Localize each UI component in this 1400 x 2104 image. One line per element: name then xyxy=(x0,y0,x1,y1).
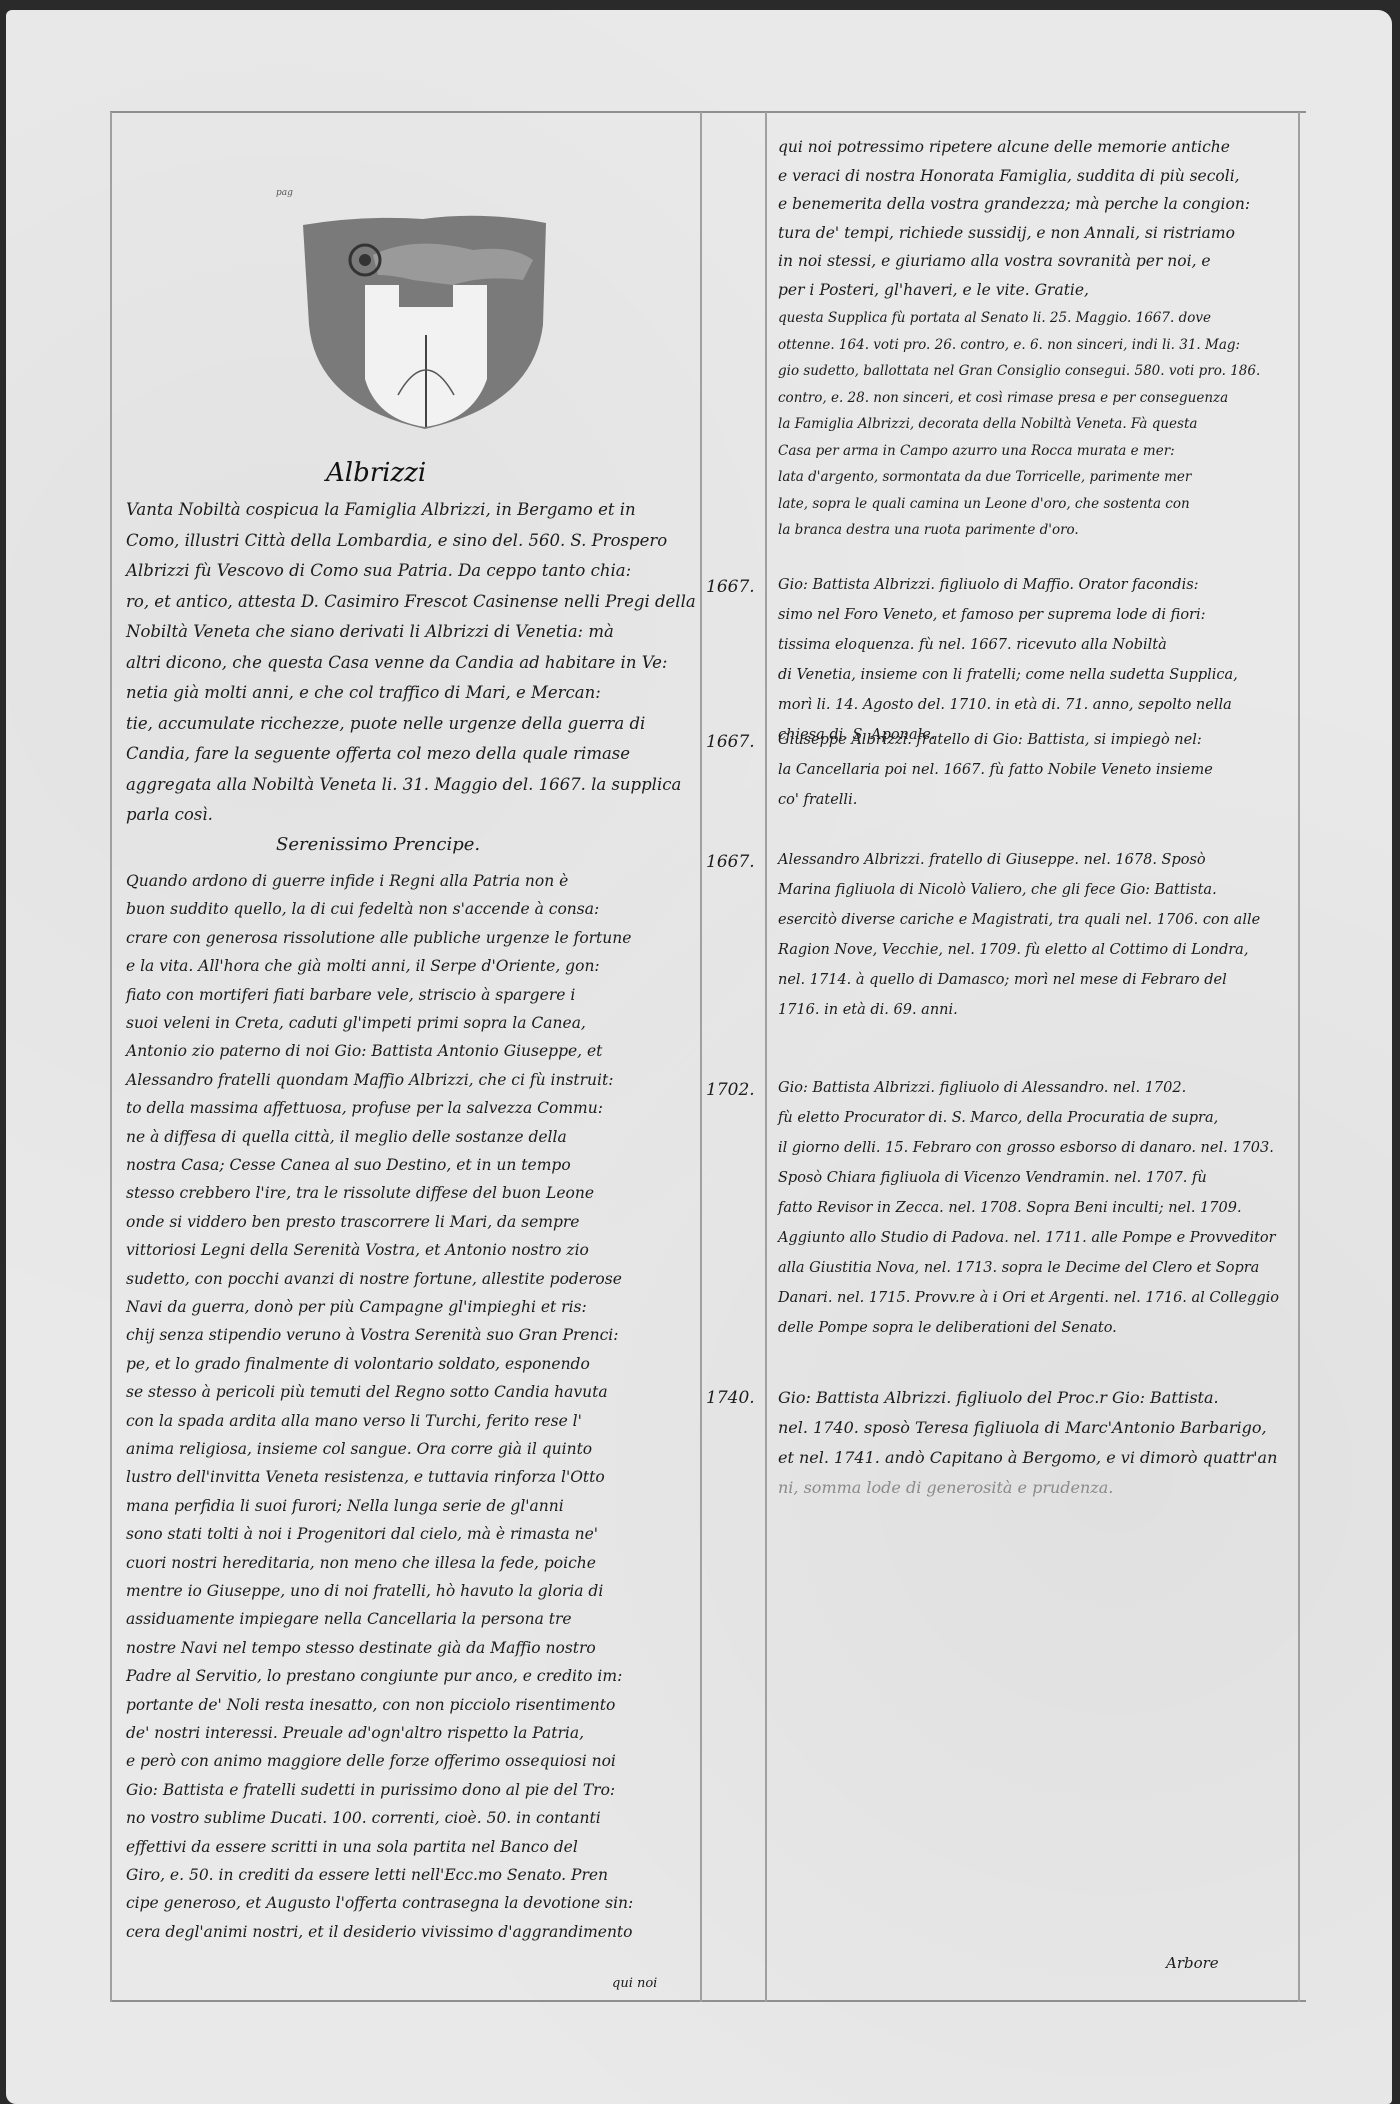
manuscript-line: cuori nostri hereditaria, non meno che i… xyxy=(126,1554,596,1572)
column-rule-right xyxy=(765,112,767,2002)
manuscript-page: pag Albrizzi Vanta Nobiltà cospicua la F… xyxy=(6,10,1392,2104)
manuscript-line: e veraci di nostra Honorata Famiglia, su… xyxy=(778,167,1240,185)
manuscript-line: sudetto, con pocchi avanzi di nostre for… xyxy=(126,1270,622,1288)
manuscript-line: gio sudetto, ballottata nel Gran Consigl… xyxy=(778,363,1260,379)
manuscript-line: stesso crebbero l'ire, tra le rissolute … xyxy=(126,1184,594,1202)
family-title: Albrizzi xyxy=(326,458,426,488)
column-rule-left xyxy=(700,112,702,2002)
entry-line: Alessandro Albrizzi. fratello di Giusepp… xyxy=(778,852,1206,868)
manuscript-line: late, sopra le quali camina un Leone d'o… xyxy=(778,496,1190,512)
entry-line: Gio: Battista Albrizzi. figliuolo del Pr… xyxy=(778,1388,1219,1407)
manuscript-line: e la vita. All'hora che già molti anni, … xyxy=(126,957,600,975)
manuscript-line: Candia, fare la seguente offerta col mez… xyxy=(126,744,630,763)
manuscript-line: de' nostri interessi. Preuale ad'ogn'alt… xyxy=(126,1724,584,1742)
manuscript-line: nostra Casa; Cesse Canea al suo Destino,… xyxy=(126,1156,571,1174)
entry-year: 1667. xyxy=(706,852,755,872)
manuscript-line: ottenne. 164. voti pro. 26. contro, e. 6… xyxy=(778,337,1240,353)
manuscript-line: questa Supplica fù portata al Senato li.… xyxy=(778,310,1211,326)
entry-line: alla Giustitia Nova, nel. 1713. sopra le… xyxy=(778,1260,1259,1276)
entry-line: Danari. nel. 1715. Provv.re à i Ori et A… xyxy=(778,1290,1279,1306)
manuscript-line: qui noi potressimo ripetere alcune delle… xyxy=(778,138,1230,156)
manuscript-line: nostre Navi nel tempo stesso destinate g… xyxy=(126,1639,596,1657)
manuscript-line: effettivi da essere scritti in una sola … xyxy=(126,1838,578,1856)
entry-line: Marina figliuola di Nicolò Valiero, che … xyxy=(778,882,1217,898)
manuscript-line: e però con animo maggiore delle forze of… xyxy=(126,1752,616,1770)
entry-line: Aggiunto allo Studio di Padova. nel. 171… xyxy=(778,1230,1276,1246)
manuscript-line: mana perfidia li suoi furori; Nella lung… xyxy=(126,1497,564,1515)
manuscript-line: crare con generosa rissolutione alle pub… xyxy=(126,929,631,947)
entry-line: et nel. 1741. andò Capitano à Bergomo, e… xyxy=(778,1448,1277,1467)
manuscript-line: vittoriosi Legni della Serenità Vostra, … xyxy=(126,1241,589,1259)
bottom-rule xyxy=(110,2000,1306,2002)
entry-line: esercitò diverse cariche e Magistrati, t… xyxy=(778,912,1260,928)
manuscript-line: Como, illustri Città della Lombardia, e … xyxy=(126,531,667,550)
manuscript-line: con la spada ardita alla mano verso li T… xyxy=(126,1412,582,1430)
manuscript-line: ne à diffesa di quella città, il meglio … xyxy=(126,1128,567,1146)
manuscript-line: Casa per arma in Campo azurro una Rocca … xyxy=(778,443,1175,459)
entry-line: co' fratelli. xyxy=(778,792,857,808)
left-margin-rule xyxy=(110,112,112,2002)
manuscript-line: aggregata alla Nobiltà Veneta li. 31. Ma… xyxy=(126,775,681,794)
manuscript-line: contro, e. 28. non sinceri, et così rima… xyxy=(778,390,1228,406)
manuscript-line: tie, accumulate ricchezze, puote nelle u… xyxy=(126,714,645,733)
manuscript-line: lata d'argento, sormontata da due Torric… xyxy=(778,469,1191,485)
manuscript-line: parla così. xyxy=(126,805,213,824)
manuscript-line: lustro dell'invitta Veneta resistenza, e… xyxy=(126,1468,605,1486)
entry-line: nel. 1740. sposò Teresa figliuola di Mar… xyxy=(778,1418,1267,1437)
manuscript-line: Giro, e. 50. in crediti da essere letti … xyxy=(126,1866,608,1884)
manuscript-line: buon suddito quello, la di cui fedeltà n… xyxy=(126,900,599,918)
manuscript-line: Albrizzi fù Vescovo di Como sua Patria. … xyxy=(126,561,631,580)
manuscript-line: Quando ardono di guerre infide i Regni a… xyxy=(126,872,568,890)
entry-line: nel. 1714. à quello di Damasco; morì nel… xyxy=(778,972,1227,988)
manuscript-line: Nobiltà Veneta che siano derivati li Alb… xyxy=(126,622,614,641)
manuscript-line: fiato con mortiferi fiati barbare vele, … xyxy=(126,986,575,1004)
entry-line: Giuseppe Albrizzi. fratello di Gio: Batt… xyxy=(778,732,1202,748)
entry-line: morì li. 14. Agosto del. 1710. in età di… xyxy=(778,697,1232,713)
entry-line: tissima eloquenza. fù nel. 1667. ricevut… xyxy=(778,637,1167,653)
manuscript-line: per i Posteri, gl'haveri, e le vite. Gra… xyxy=(778,281,1089,299)
entry-line: fatto Revisor in Zecca. nel. 1708. Sopra… xyxy=(778,1200,1242,1216)
manuscript-line: la branca destra una ruota parimente d'o… xyxy=(778,522,1079,538)
entry-line: Gio: Battista Albrizzi. figliuolo di Maf… xyxy=(778,577,1199,593)
top-rule xyxy=(110,111,1306,113)
entry-line: 1716. in età di. 69. anni. xyxy=(778,1002,958,1018)
manuscript-line: in noi stessi, e giuriamo alla vostra so… xyxy=(778,252,1211,270)
right-margin-rule xyxy=(1298,112,1300,2002)
entry-line: Ragion Nove, Vecchie, nel. 1709. fù elet… xyxy=(778,942,1248,958)
manuscript-line: se stesso à pericoli più temuti del Regn… xyxy=(126,1383,608,1401)
entry-line: ni, somma lode di generosità e prudenza. xyxy=(778,1478,1113,1497)
manuscript-line: Vanta Nobiltà cospicua la Famiglia Albri… xyxy=(126,500,636,519)
manuscript-line: to della massima affettuosa, profuse per… xyxy=(126,1099,603,1117)
catchword-left: qui noi xyxy=(612,1976,657,1991)
manuscript-line: chij senza stipendio veruno à Vostra Ser… xyxy=(126,1326,618,1344)
entry-line: di Venetia, insieme con li fratelli; com… xyxy=(778,667,1238,683)
manuscript-line: tura de' tempi, richiede sussidij, e non… xyxy=(778,224,1235,242)
manuscript-line: no vostro sublime Ducati. 100. correnti,… xyxy=(126,1809,601,1827)
manuscript-line: ro, et antico, attesta D. Casimiro Fresc… xyxy=(126,592,696,611)
entry-year: 1702. xyxy=(706,1080,755,1100)
stamp-mark: pag xyxy=(276,188,293,198)
manuscript-line: onde si viddero ben presto trascorrere l… xyxy=(126,1213,579,1231)
manuscript-line: portante de' Noli resta inesatto, con no… xyxy=(126,1696,615,1714)
manuscript-line: mentre io Giuseppe, uno di noi fratelli,… xyxy=(126,1582,603,1600)
entry-line: la Cancellaria poi nel. 1667. fù fatto N… xyxy=(778,762,1213,778)
entry-line: Sposò Chiara figliuola di Vicenzo Vendra… xyxy=(778,1170,1207,1186)
coat-of-arms-icon xyxy=(303,215,548,430)
manuscript-line: Navi da guerra, donò per più Campagne gl… xyxy=(126,1298,587,1316)
manuscript-line: suoi veleni in Creta, caduti gl'impeti p… xyxy=(126,1014,586,1032)
manuscript-line: Alessandro fratelli quondam Maffio Albri… xyxy=(126,1071,613,1089)
entry-line: Gio: Battista Albrizzi. figliuolo di Ale… xyxy=(778,1080,1186,1096)
manuscript-line: cipe generoso, et Augusto l'offerta cont… xyxy=(126,1894,633,1912)
entry-year: 1667. xyxy=(706,577,755,597)
entry-line: fù eletto Procurator di. S. Marco, della… xyxy=(778,1110,1218,1126)
manuscript-line: Antonio zio paterno di noi Gio: Battista… xyxy=(126,1042,602,1060)
salutation: Serenissimo Prencipe. xyxy=(276,834,480,855)
manuscript-line: netia già molti anni, e che col traffico… xyxy=(126,683,601,702)
manuscript-line: Gio: Battista e fratelli sudetti in puri… xyxy=(126,1781,615,1799)
entry-line: il giorno delli. 15. Febraro con grosso … xyxy=(778,1140,1274,1156)
manuscript-line: Padre al Servitio, lo prestano congiunte… xyxy=(126,1667,622,1685)
entry-year: 1667. xyxy=(706,732,755,752)
manuscript-line: pe, et lo grado finalmente di volontario… xyxy=(126,1355,590,1373)
manuscript-line: altri dicono, che questa Casa venne da C… xyxy=(126,653,667,672)
entry-line: delle Pompe sopra le deliberationi del S… xyxy=(778,1320,1117,1336)
manuscript-line: e benemerita della vostra grandezza; mà … xyxy=(778,195,1250,213)
manuscript-line: assiduamente impiegare nella Cancellaria… xyxy=(126,1610,572,1628)
catchword-right: Arbore xyxy=(1166,1954,1219,1972)
manuscript-line: sono stati tolti à noi i Progenitori dal… xyxy=(126,1525,598,1543)
manuscript-line: la Famiglia Albrizzi, decorata della Nob… xyxy=(778,416,1197,432)
manuscript-line: cera degl'animi nostri, et il desiderio … xyxy=(126,1923,633,1941)
entry-line: simo nel Foro Veneto, et famoso per supr… xyxy=(778,607,1206,623)
manuscript-line: anima religiosa, insieme col sangue. Ora… xyxy=(126,1440,592,1458)
entry-year: 1740. xyxy=(706,1388,755,1408)
